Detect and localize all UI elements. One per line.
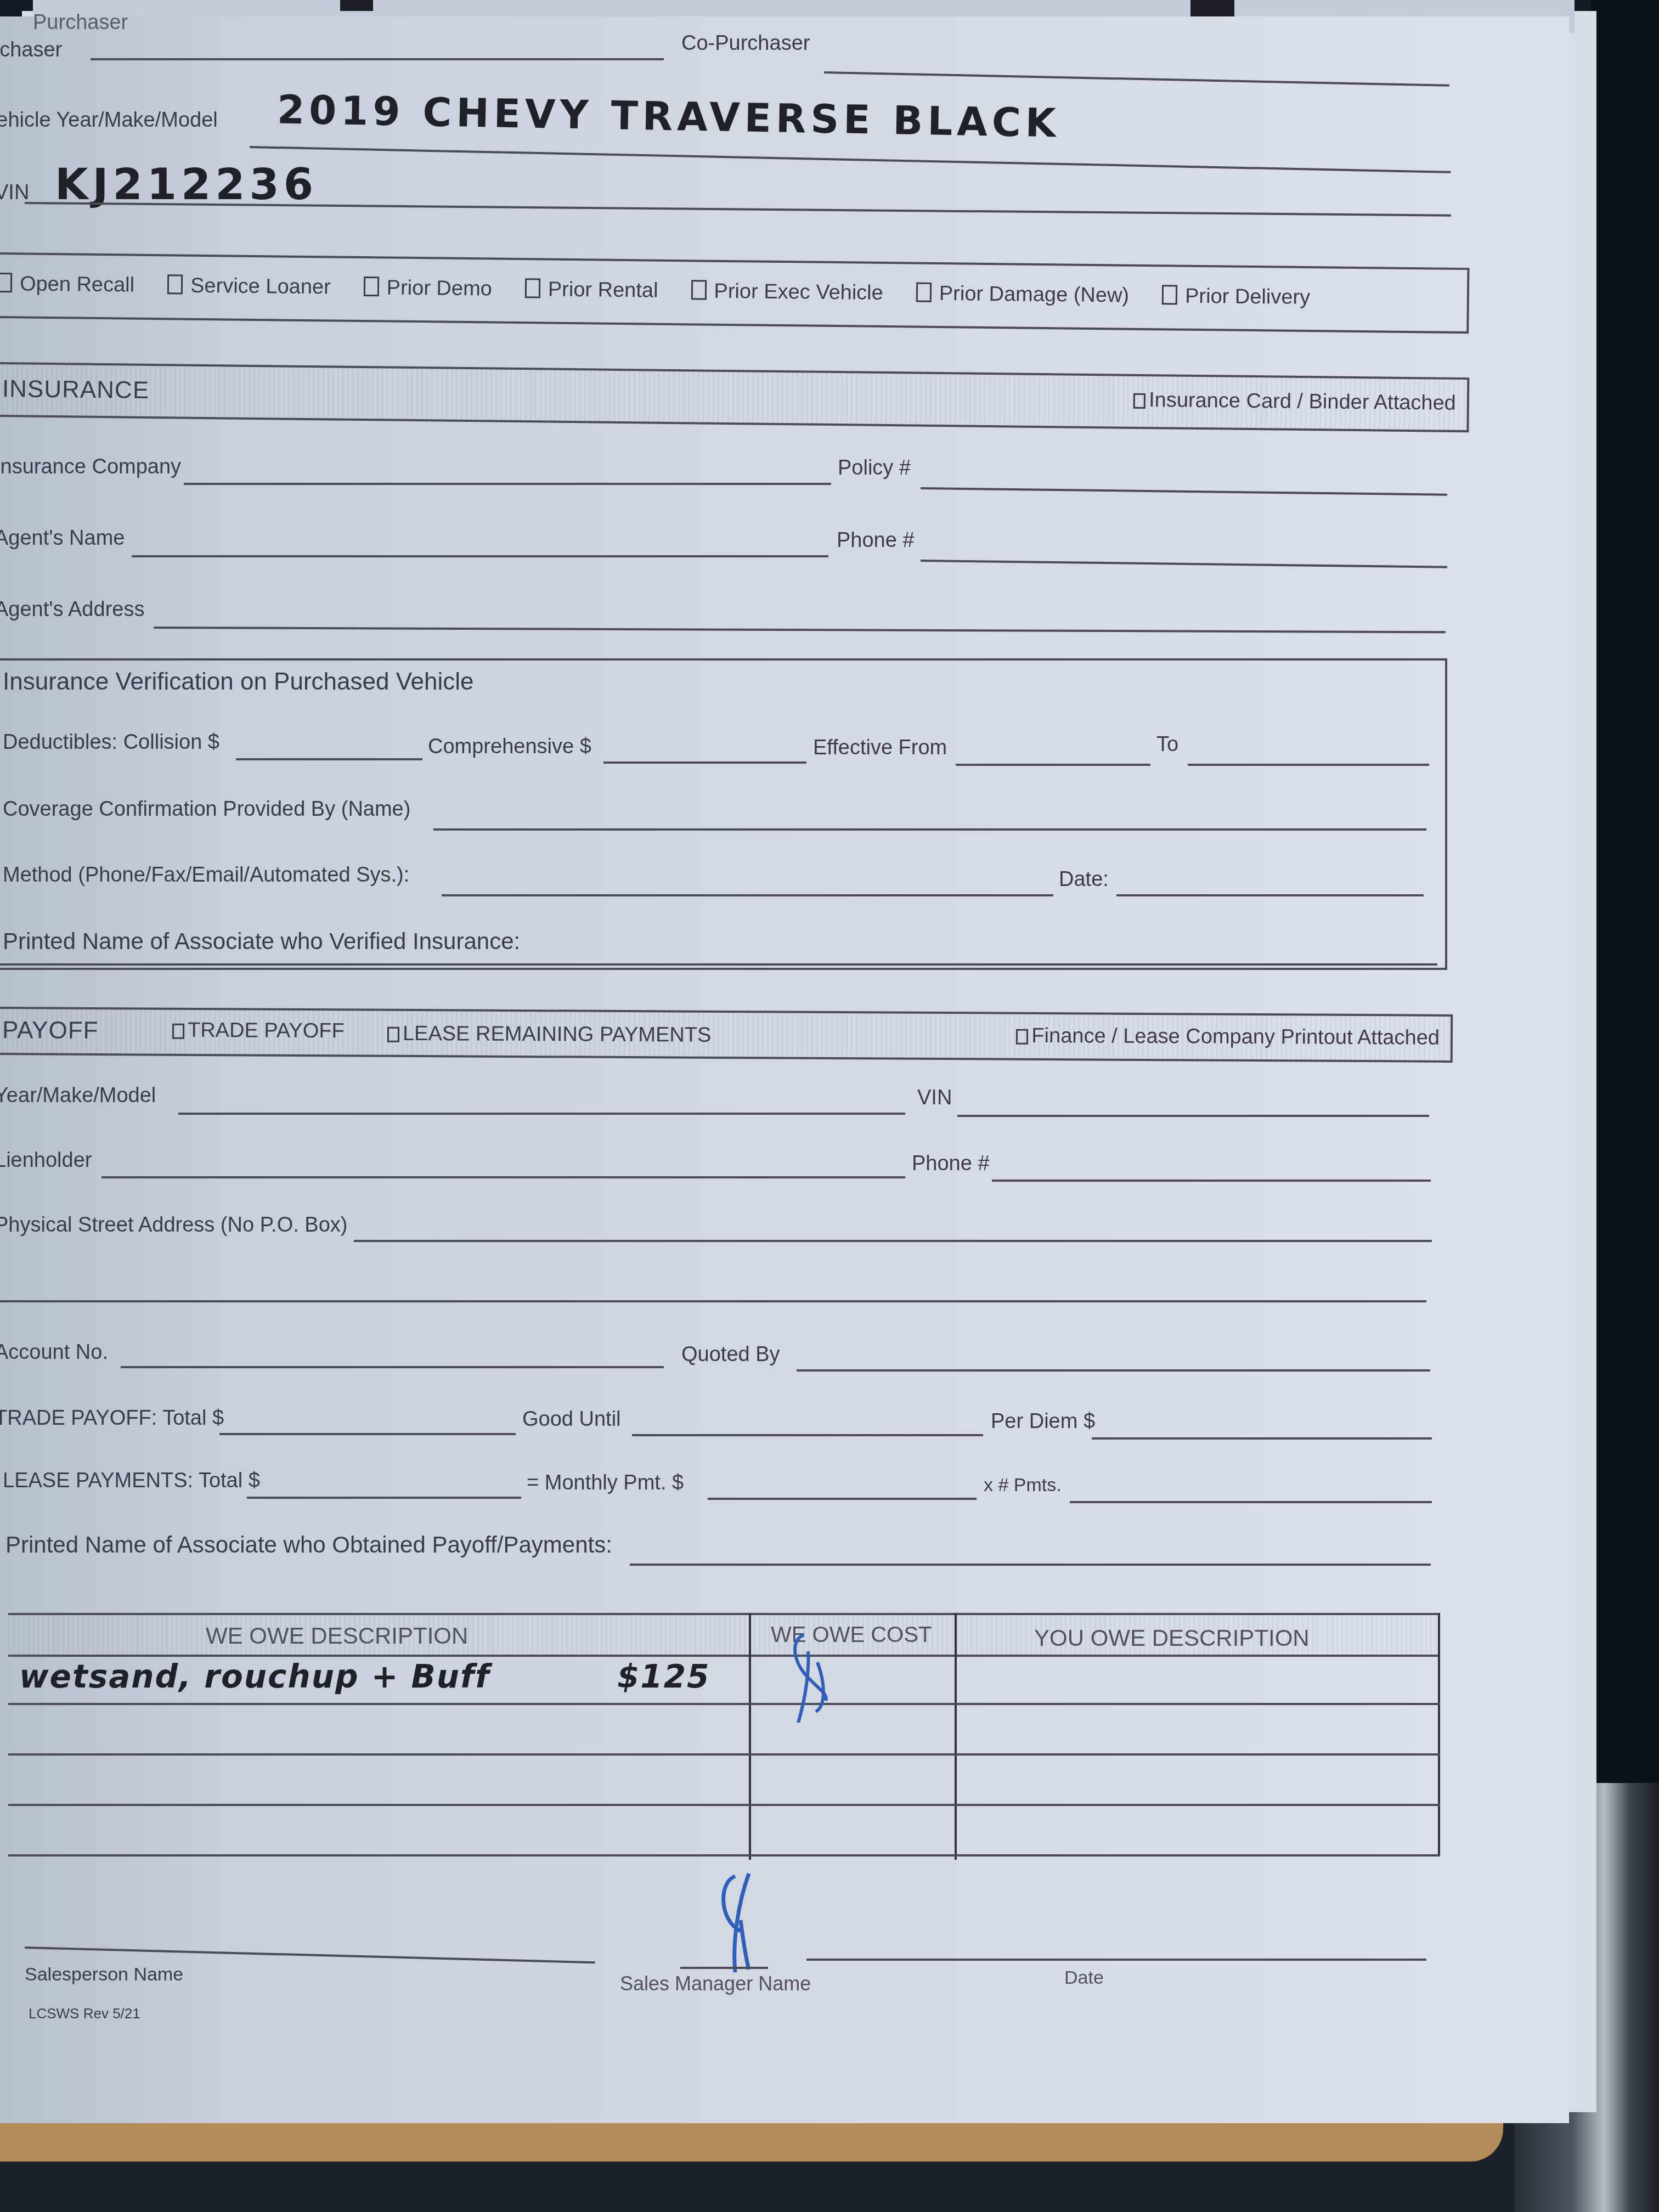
trade-payoff-label: TRADE PAYOFF	[188, 1019, 345, 1042]
lienholder-phone-field[interactable]	[992, 1180, 1431, 1182]
method-label: Method (Phone/Fax/Email/Automated Sys.):	[3, 864, 409, 887]
vehicle-label: Vehicle Year/Make/Model	[0, 109, 218, 132]
co-purchaser-field[interactable]	[824, 71, 1449, 87]
agent-address-field[interactable]	[154, 627, 1446, 633]
verification-date-label: Date:	[1059, 868, 1109, 891]
vehicle-flag-label: Prior Demo	[386, 276, 492, 300]
obtained-by-label: Printed Name of Associate who Obtained P…	[5, 1532, 612, 1558]
table-row	[8, 1753, 1440, 1806]
insurance-card-attached-checkbox[interactable]: Insurance Card / Binder Attached	[1133, 388, 1456, 415]
printout-attached-label: Finance / Lease Company Printout Attache…	[1031, 1024, 1440, 1049]
vehicle-flag-label: Service Loaner	[190, 274, 331, 299]
collision-field[interactable]	[236, 758, 422, 760]
agent-phone-field[interactable]	[921, 560, 1447, 568]
method-field[interactable]	[442, 894, 1053, 896]
verification-title: Insurance Verification on Purchased Vehi…	[3, 668, 474, 696]
per-diem-label: Per Diem $	[991, 1410, 1095, 1434]
street-address-label: Physical Street Address (No P.O. Box)	[0, 1214, 347, 1237]
vehicle-flag-label: Open Recall	[20, 272, 135, 296]
lienholder-label: Lienholder	[0, 1149, 92, 1172]
clipboard-clip-left	[340, 0, 373, 11]
checkbox-icon	[172, 1024, 184, 1039]
sales-manager-signature-field[interactable]	[680, 1967, 768, 1969]
salesperson-label: Salesperson Name	[25, 1964, 183, 1985]
checkbox-icon	[691, 280, 706, 300]
lease-remaining-checkbox[interactable]: LEASE REMAINING PAYMENTS	[387, 1022, 712, 1047]
vin-label: VIN	[0, 181, 29, 205]
per-diem-field[interactable]	[1092, 1437, 1432, 1440]
agent-name-field[interactable]	[132, 555, 828, 557]
insurance-card-attached-label: Insurance Card / Binder Attached	[1149, 388, 1456, 415]
vehicle-flag-open-recall[interactable]: Open Recall	[0, 272, 134, 297]
you-owe-description-header: YOU OWE DESCRIPTION	[1034, 1625, 1310, 1651]
collision-label: Deductibles: Collision $	[3, 731, 219, 754]
agent-phone-label: Phone #	[837, 529, 915, 552]
vehicle-flag-label: Prior Rental	[548, 278, 658, 302]
agent-name-label: Agent's Name	[0, 527, 125, 550]
vehicle-flag-prior-demo[interactable]: Prior Demo	[363, 276, 492, 301]
lease-total-label: LEASE PAYMENTS: Total $	[3, 1469, 260, 1493]
purchaser-field[interactable]	[91, 58, 664, 60]
purchaser-label: Purchaser	[0, 38, 62, 62]
effective-from-field[interactable]	[956, 764, 1150, 766]
back-page-purchaser-label: Purchaser	[33, 11, 128, 35]
to-field[interactable]	[1188, 764, 1429, 766]
insurance-header: INSURANCE Insurance Card / Binder Attach…	[0, 362, 1469, 432]
vehicle-flag-label: Prior Exec Vehicle	[714, 280, 883, 304]
checkbox-icon	[916, 283, 932, 302]
vehicle-flag-prior-damage-new[interactable]: Prior Damage (New)	[916, 282, 1130, 308]
table-row: wetsand, rouchup + Buff$125	[8, 1652, 1440, 1705]
checkbox-icon	[387, 1027, 399, 1042]
verified-by-field[interactable]	[0, 963, 1437, 966]
lienholder-field[interactable]	[101, 1176, 905, 1178]
vehicle-flags-list: Open RecallService LoanerPrior DemoPrior…	[0, 272, 1310, 309]
trade-payoff-checkbox[interactable]: TRADE PAYOFF	[172, 1019, 345, 1043]
verified-by-label: Printed Name of Associate who Verified I…	[3, 928, 520, 955]
vehicle-flag-label: Prior Delivery	[1185, 285, 1310, 309]
insurance-company-label: Insurance Company	[0, 455, 181, 479]
coverage-field[interactable]	[433, 828, 1426, 831]
vehicle-flag-prior-delivery[interactable]: Prior Delivery	[1162, 284, 1310, 309]
checkbox-icon	[1016, 1029, 1028, 1045]
checkbox-icon	[525, 278, 540, 298]
sales-manager-signature-icon	[719, 1871, 779, 1975]
salesperson-signature-field[interactable]	[25, 1946, 595, 1963]
agent-address-label: Agent's Address	[0, 598, 144, 622]
sales-manager-label: Sales Manager Name	[620, 1972, 811, 1995]
payoff-header: PAYOFF TRADE PAYOFF LEASE REMAINING PAYM…	[0, 1007, 1453, 1063]
lease-total-field[interactable]	[247, 1497, 521, 1499]
comprehensive-field[interactable]	[603, 761, 806, 764]
policy-field[interactable]	[921, 487, 1447, 496]
lienholder-phone-label: Phone #	[912, 1152, 990, 1176]
vehicle-field[interactable]	[250, 146, 1451, 173]
checkbox-icon	[1133, 393, 1145, 409]
payoff-ymm-label: Year/Make/Model	[0, 1084, 156, 1108]
quoted-by-label: Quoted By	[681, 1343, 780, 1367]
street-address-field-2[interactable]	[0, 1300, 1426, 1302]
form-revision: LCSWS Rev 5/21	[29, 2005, 140, 2022]
monthly-payment-label: = Monthly Pmt. $	[527, 1471, 684, 1495]
insurance-title: INSURANCE	[2, 375, 150, 404]
good-until-label: Good Until	[522, 1408, 621, 1431]
coverage-label: Coverage Confirmation Provided By (Name)	[3, 798, 410, 821]
vehicle-flag-prior-exec-vehicle[interactable]: Prior Exec Vehicle	[691, 279, 883, 305]
owe-table: WE OWE DESCRIPTION WE OWE COST YOU OWE D…	[8, 1613, 1440, 1860]
num-payments-field[interactable]	[1070, 1501, 1432, 1503]
we-owe-description-cell[interactable]: wetsand, rouchup + Buff	[19, 1658, 623, 1695]
lease-remaining-label: LEASE REMAINING PAYMENTS	[403, 1022, 712, 1047]
vehicle-value[interactable]: 2019 CHEVY TRAVERSE BLACK	[276, 87, 1060, 146]
num-payments-label: x # Pmts.	[984, 1475, 1062, 1496]
form-page: Purchaser Purchaser Co-Purchaser Vehicle…	[0, 16, 1569, 2123]
checkbox-icon	[0, 273, 12, 292]
vehicle-flags-box: Open RecallService LoanerPrior DemoPrior…	[0, 252, 1469, 334]
table-row	[8, 1804, 1440, 1857]
comprehensive-label: Comprehensive $	[428, 735, 591, 759]
we-owe-description-header: WE OWE DESCRIPTION	[206, 1623, 468, 1649]
trade-total-label: TRADE PAYOFF: Total $	[0, 1407, 224, 1430]
good-until-field[interactable]	[632, 1434, 983, 1436]
co-purchaser-label: Co-Purchaser	[681, 32, 810, 55]
vehicle-flag-service-loaner[interactable]: Service Loaner	[167, 274, 331, 299]
checkbox-icon	[1162, 285, 1177, 304]
effective-from-label: Effective From	[813, 736, 947, 760]
payoff-ymm-field[interactable]	[178, 1113, 905, 1115]
account-number-field[interactable]	[121, 1366, 664, 1368]
printout-attached-checkbox[interactable]: Finance / Lease Company Printout Attache…	[1016, 1024, 1440, 1050]
vehicle-flag-prior-rental[interactable]: Prior Rental	[525, 278, 658, 303]
signature-date-label: Date	[1064, 1967, 1104, 1989]
initials-signature-icon	[787, 1629, 853, 1723]
insurance-company-field[interactable]	[184, 483, 831, 485]
we-owe-amount-cell[interactable]: $125	[617, 1658, 743, 1695]
street-address-field[interactable]	[354, 1240, 1432, 1242]
payoff-title: PAYOFF	[2, 1017, 99, 1045]
policy-label: Policy #	[838, 456, 911, 480]
date-field[interactable]	[806, 1959, 1426, 1961]
verification-date-field[interactable]	[1116, 894, 1424, 896]
vehicle-flag-label: Prior Damage (New)	[939, 282, 1130, 307]
payoff-vin-field[interactable]	[957, 1115, 1429, 1117]
table-row	[8, 1703, 1440, 1756]
to-label: To	[1156, 733, 1178, 757]
trade-total-field[interactable]	[219, 1433, 516, 1435]
obtained-by-field[interactable]	[630, 1564, 1431, 1566]
quoted-by-field[interactable]	[797, 1369, 1430, 1372]
checkbox-icon	[364, 276, 379, 296]
account-number-label: Account No.	[0, 1341, 108, 1364]
monthly-payment-field[interactable]	[708, 1498, 977, 1500]
checkbox-icon	[167, 274, 183, 294]
payoff-vin-label: VIN	[917, 1086, 952, 1110]
